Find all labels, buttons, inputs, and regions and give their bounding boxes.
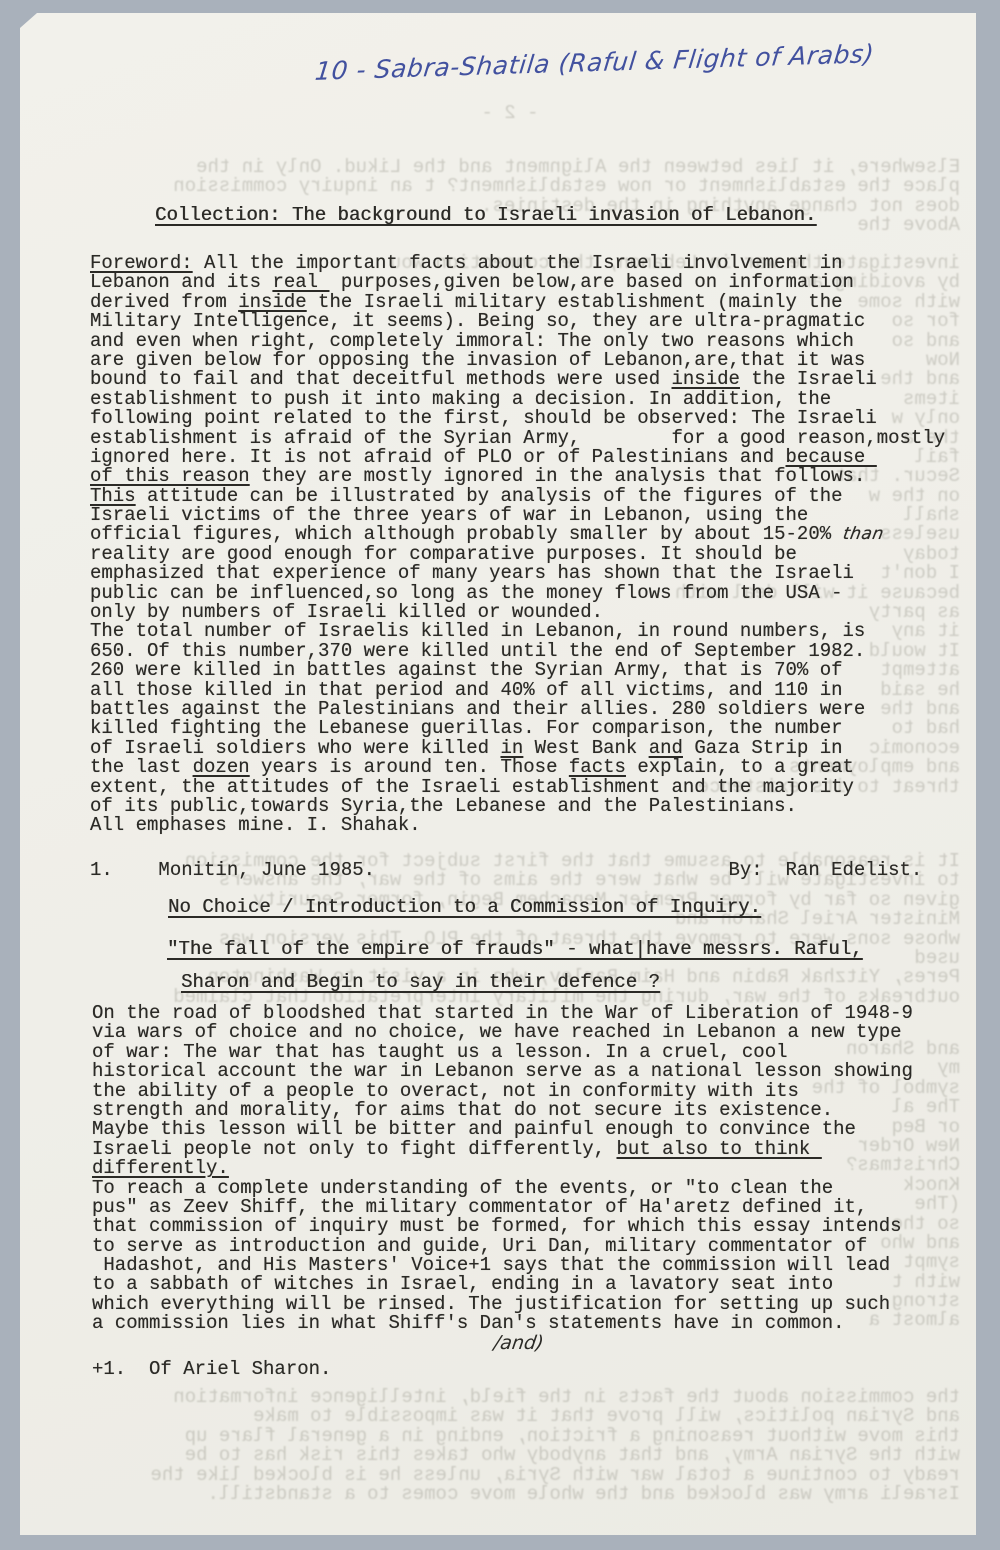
handwritten-insert-and: /and) [492, 1332, 545, 1354]
foreword-paragraph: Foreword: All the important facts about … [90, 254, 945, 836]
text-line: a commission lies in what Shiff's Dan's … [92, 1314, 913, 1333]
text-line: All emphases mine. I. Shahak. [90, 816, 945, 835]
section-heading: No Choice / Introduction to a Commission… [168, 898, 761, 917]
body-paragraph: On the road of bloodshed that started in… [92, 1004, 913, 1334]
citation-line: 1. Monitin, June 1985. By: Ran Edelist. [90, 861, 922, 880]
subheading-line-2: Sharon and Begin to say in their defence… [181, 973, 660, 992]
document-title: Collection: The background to Israeli in… [155, 206, 816, 225]
footnote: +1. Of Ariel Sharon. [92, 1360, 331, 1379]
scanned-document-screenshot: { "meta": { "background_color": "#a9b1bb… [0, 0, 1000, 1550]
subheading-line-1: "The fall of the empire of frauds" - wha… [167, 940, 863, 959]
